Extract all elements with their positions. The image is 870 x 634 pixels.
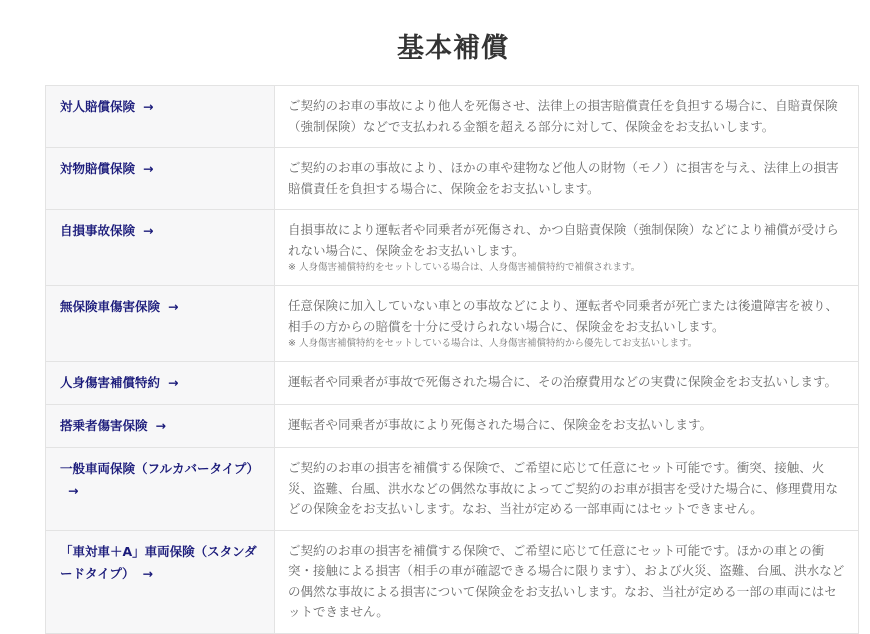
arrow-right-icon: → [168, 375, 178, 390]
coverage-description: ご契約のお車の損害を補償する保険で、ご希望に応じて任意にセット可能です。衝突、接… [288, 458, 846, 520]
coverage-label-cell: 無保険車傷害保険→ [46, 286, 275, 362]
coverage-label-cell: 搭乗者傷害保険→ [46, 405, 275, 448]
coverage-link[interactable]: 一般車両保険（フルカバータイプ）→ [60, 461, 259, 498]
arrow-right-icon: → [143, 223, 153, 238]
coverage-description-cell: ご契約のお車の損害を補償する保険で、ご希望に応じて任意にセット可能です。ほかの車… [275, 530, 859, 592]
coverage-name: 「車対車＋A」車両保険（スタンダードタイプ） [60, 544, 257, 581]
coverage-description: 運転者や同乗者が事故で死傷された場合に、その治療費用などの実費に保険金をお支払い… [288, 372, 846, 393]
arrow-right-icon: → [168, 299, 178, 314]
coverage-description-cell: ご契約のお車の事故により、ほかの車や建物など他人の財物（モノ）に損害を与え、法律… [275, 148, 859, 210]
coverage-link[interactable]: 対物賠償保険→ [60, 161, 154, 176]
coverage-label-cell: 対人賠償保険→ [46, 86, 275, 148]
coverage-row: 「車対車＋A」車両保険（スタンダードタイプ）→ご契約のお車の損害を補償する保険で… [46, 530, 859, 592]
coverage-description-cell: ご契約のお車の損害を補償する保険で、ご希望に応じて任意にセット可能です。衝突、接… [275, 448, 859, 531]
coverage-description: 任意保険に加入していない車との事故などにより、運転者や同乗者が死亡または後遺障害… [288, 296, 846, 337]
coverage-label-cell: 一般車両保険（フルカバータイプ）→ [46, 448, 275, 531]
coverage-description-cell: 運転者や同乗者が事故で死傷された場合に、その治療費用などの実費に保険金をお支払い… [275, 362, 859, 405]
coverage-link[interactable]: 無保険車傷害保険→ [60, 299, 179, 314]
coverage-description: ご契約のお車の事故により、ほかの車や建物など他人の財物（モノ）に損害を与え、法律… [288, 158, 846, 199]
coverage-table: 対人賠償保険→ご契約のお車の事故により他人を死傷させ、法律上の損害賠償責任を負担… [45, 85, 859, 592]
coverage-description-cell: 自損事故により運転者や同乗者が死傷され、かつ自賠責保険（強制保険）などにより補償… [275, 210, 859, 286]
coverage-row: 人身傷害補償特約→運転者や同乗者が事故で死傷された場合に、その治療費用などの実費… [46, 362, 859, 405]
coverage-row: 無保険車傷害保険→任意保険に加入していない車との事故などにより、運転者や同乗者が… [46, 286, 859, 362]
coverage-label-cell: 人身傷害補償特約→ [46, 362, 275, 405]
coverage-label-cell: 自損事故保険→ [46, 210, 275, 286]
coverage-description-cell: ご契約のお車の事故により他人を死傷させ、法律上の損害賠償責任を負担する場合に、自… [275, 86, 859, 148]
arrow-right-icon: → [143, 161, 153, 176]
coverage-name: 一般車両保険（フルカバータイプ） [60, 461, 259, 476]
coverage-description: ご契約のお車の事故により他人を死傷させ、法律上の損害賠償責任を負担する場合に、自… [288, 96, 846, 137]
coverage-label-cell: 「車対車＋A」車両保険（スタンダードタイプ）→ [46, 530, 275, 592]
coverage-row: 対人賠償保険→ご契約のお車の事故により他人を死傷させ、法律上の損害賠償責任を負担… [46, 86, 859, 148]
coverage-description: ご契約のお車の損害を補償する保険で、ご希望に応じて任意にセット可能です。ほかの車… [288, 541, 846, 593]
coverage-label-cell: 対物賠償保険→ [46, 148, 275, 210]
coverage-name: 人身傷害補償特約 [60, 375, 160, 390]
coverage-description-cell: 運転者や同乗者が事故により死傷された場合に、保険金をお支払いします。 [275, 405, 859, 448]
coverage-link[interactable]: 搭乗者傷害保険→ [60, 418, 166, 433]
coverage-row: 対物賠償保険→ご契約のお車の事故により、ほかの車や建物など他人の財物（モノ）に損… [46, 148, 859, 210]
arrow-right-icon: → [68, 483, 78, 498]
coverage-description-cell: 任意保険に加入していない車との事故などにより、運転者や同乗者が死亡または後遺障害… [275, 286, 859, 362]
coverage-row: 搭乗者傷害保険→運転者や同乗者が事故により死傷された場合に、保険金をお支払いしま… [46, 405, 859, 448]
coverage-row: 一般車両保険（フルカバータイプ）→ご契約のお車の損害を補償する保険で、ご希望に応… [46, 448, 859, 531]
coverage-name: 対人賠償保険 [60, 99, 135, 114]
arrow-right-icon: → [156, 418, 166, 433]
page-title: 基本補償 [0, 26, 870, 65]
coverage-note: ※ 人身傷害補償特約をセットしている場合は、人身傷害補償特約から優先してお支払い… [288, 337, 846, 351]
coverage-link[interactable]: 自損事故保険→ [60, 223, 154, 238]
arrow-right-icon: → [143, 566, 153, 581]
coverage-link[interactable]: 対人賠償保険→ [60, 99, 154, 114]
coverage-name: 対物賠償保険 [60, 161, 135, 176]
coverage-note: ※ 人身傷害補償特約をセットしている場合は、人身傷害補償特約で補償されます。 [288, 261, 846, 275]
coverage-link[interactable]: 「車対車＋A」車両保険（スタンダードタイプ）→ [60, 544, 257, 581]
coverage-name: 無保険車傷害保険 [60, 299, 160, 314]
coverage-name: 自損事故保険 [60, 223, 135, 238]
coverage-link[interactable]: 人身傷害補償特約→ [60, 375, 179, 390]
coverage-name: 搭乗者傷害保険 [60, 418, 148, 433]
coverage-row: 自損事故保険→自損事故により運転者や同乗者が死傷され、かつ自賠責保険（強制保険）… [46, 210, 859, 286]
coverage-description: 運転者や同乗者が事故により死傷された場合に、保険金をお支払いします。 [288, 415, 846, 436]
coverage-description: 自損事故により運転者や同乗者が死傷され、かつ自賠責保険（強制保険）などにより補償… [288, 220, 846, 261]
arrow-right-icon: → [143, 99, 153, 114]
